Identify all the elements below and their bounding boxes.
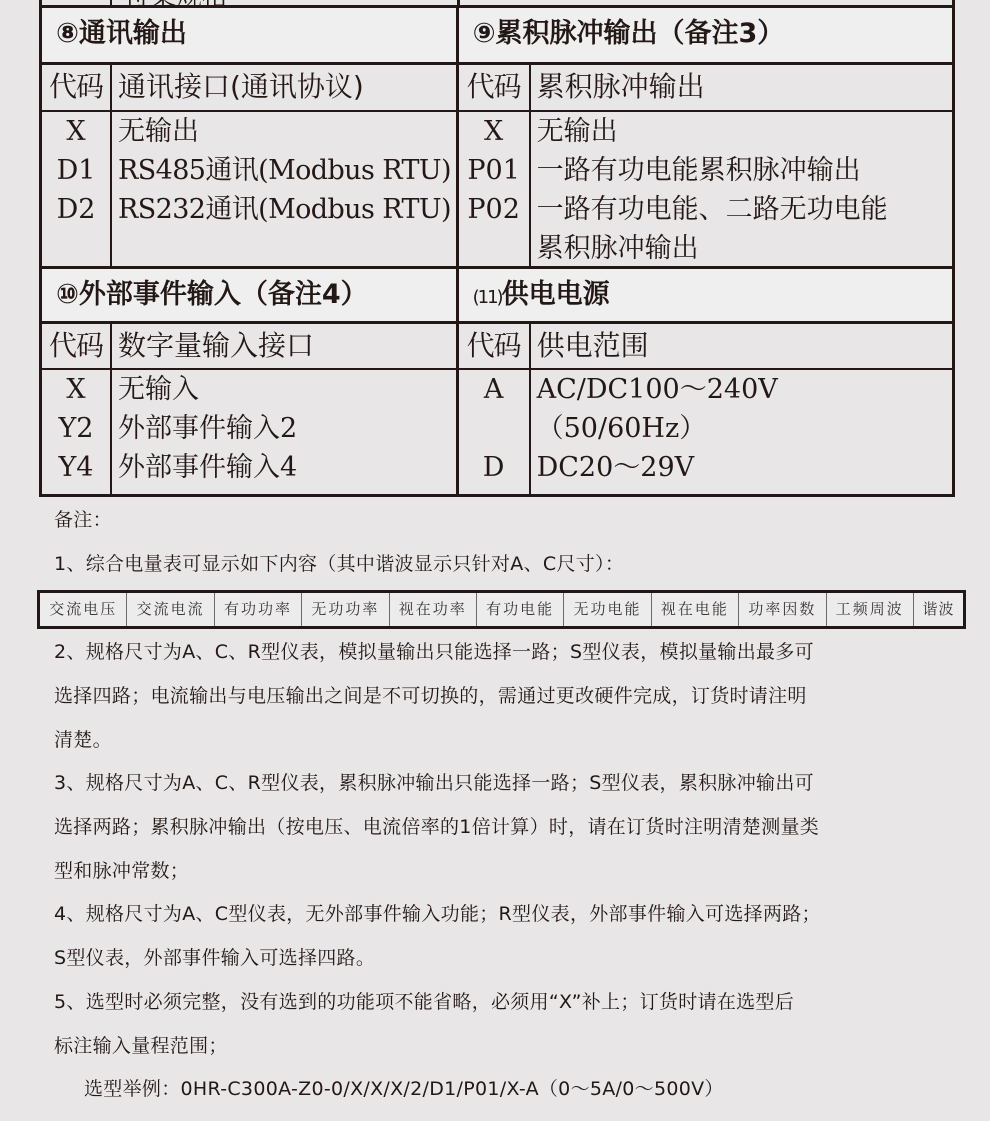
column-header-row-1: 代码 通讯接口(通讯协议) 代码 累积脉冲输出 [42,65,952,110]
code-value: D [459,448,529,487]
note-5-line-2: 标注输入量程范围； [54,1031,228,1061]
selection-example: 选型举例：0HR-C300A-Z0-0/X/X/X/2/D1/P01/X-A（0… [84,1074,724,1104]
desc-value: AC/DC100～240V [537,370,952,409]
display-item: 交流电流 [127,593,214,626]
col-header: 代码 通讯接口(通讯协议) [42,65,456,110]
code-value: Y4 [42,448,110,487]
section-title-text: 供电电源 [502,279,610,310]
section-9-body: X P01 P02 无输出 一路有功电能累积脉冲输出 一路有功电能、二路无功电能… [459,112,952,266]
display-item: 有功功率 [215,593,302,626]
display-item: 工频周波 [827,593,914,626]
display-item: 有功电能 [477,593,564,626]
section-8-body: X D1 D2 无输出 RS485通讯(Modbus RTU) RS232通讯(… [42,112,459,266]
code-value: X [459,112,529,151]
section-9-col-headers: 代码 累积脉冲输出 [459,65,952,110]
code-value: X [42,370,110,409]
code-header: 代码 [459,65,531,110]
desc-header: 累积脉冲输出 [531,65,952,110]
desc-value: 一路有功电能、二路无功电能 [537,190,952,229]
section-10-title-cell: ⑩外部事件输入（备注4） [42,269,459,321]
code-value: D2 [42,190,110,229]
display-item: 交流电压 [40,593,127,626]
note-3-line-3: 型和脉冲常数； [54,856,189,886]
display-item: 无功功率 [302,593,389,626]
spec-table: 符集规格 ⑧通讯输出 ⑨累积脉冲输出（备注3） 代码 通讯接口(通讯协议) 代码… [39,0,955,497]
clipped-top-row: 符集规格 [42,0,952,8]
code-value: A [459,370,529,409]
code-column: X P01 P02 [459,112,531,266]
desc-value: DC20～29V [537,448,952,487]
clipped-top-left: 符集规格 [42,0,460,5]
body: X D1 D2 无输出 RS485通讯(Modbus RTU) RS232通讯(… [42,112,456,266]
code-header: 代码 [459,324,531,368]
body-row-2: X Y2 Y4 无输入 外部事件输入2 外部事件输入4 A D [42,370,952,497]
body: X Y2 Y4 无输入 外部事件输入2 外部事件输入4 [42,370,456,497]
note-3-line-2: 选择两路；累积脉冲输出（按电压、电流倍率的1倍计算）时，请在订货时注明清楚测量类 [54,812,819,842]
code-header: 代码 [42,324,112,368]
section-9-title-cell: ⑨累积脉冲输出（备注3） [459,8,952,62]
desc-value: RS485通讯(Modbus RTU) [118,151,456,190]
code-column: X D1 D2 [42,112,112,266]
desc-value: 外部事件输入2 [118,409,456,448]
code-header: 代码 [42,65,112,110]
desc-value: 外部事件输入4 [118,448,456,487]
display-item: 功率因数 [739,593,826,626]
code-value: D1 [42,151,110,190]
code-value: Y2 [42,409,110,448]
desc-header: 数字量输入接口 [112,324,456,368]
section-title-row-2: ⑩外部事件输入（备注4） (11)供电电源 [42,269,952,321]
divider [110,0,112,5]
section-title: (11)供电电源 [459,269,952,321]
code-column: A D [459,370,531,497]
spacer [459,409,529,448]
section-title: ⑧通讯输出 [42,8,456,62]
display-item: 视在功率 [390,593,477,626]
section-10-body: X Y2 Y4 无输入 外部事件输入2 外部事件输入4 [42,370,459,497]
desc-column: 无输出 RS485通讯(Modbus RTU) RS232通讯(Modbus R… [112,112,456,266]
section-11-title-cell: (11)供电电源 [459,269,952,321]
note-1: 1、综合电量表可显示如下内容（其中谐波显示只针对A、C尺寸）： [54,549,624,579]
display-items-table: 交流电压 交流电流 有功功率 无功功率 视在功率 有功电能 无功电能 视在电能 … [37,590,966,629]
body-row-1: X D1 D2 无输出 RS485通讯(Modbus RTU) RS232通讯(… [42,112,952,266]
body: A D AC/DC100～240V （50/60Hz） DC20～29V [459,370,952,497]
desc-value-continued: （50/60Hz） [537,409,952,448]
section-10-col-headers: 代码 数字量输入接口 [42,324,459,368]
desc-value: 无输入 [118,370,456,409]
note-2-line-2: 选择四路；电流输出与电压输出之间是不可切换的，需通过更改硬件完成，订货时请注明 [54,681,807,711]
section-11-col-headers: 代码 供电范围 [459,324,952,368]
code-value: P01 [459,151,529,190]
note-5-line-1: 5、选型时必须完整，没有选到的功能项不能省略，必须用“X”补上；订货时请在选型后 [54,987,794,1017]
note-4-line-2: S型仪表，外部事件输入可选择四路。 [54,943,375,973]
desc-value: 无输出 [118,112,456,151]
section-title-row-1: ⑧通讯输出 ⑨累积脉冲输出（备注3） [42,8,952,62]
desc-header: 供电范围 [531,324,952,368]
note-4-line-1: 4、规格尺寸为A、C型仪表，无外部事件输入功能；R型仪表，外部事件输入可选择两路… [54,899,821,929]
code-value: P02 [459,190,529,229]
desc-column: AC/DC100～240V （50/60Hz） DC20～29V [531,370,952,497]
desc-value: 无输出 [537,112,952,151]
desc-column: 无输入 外部事件输入2 外部事件输入4 [112,370,456,497]
col-header: 代码 数字量输入接口 [42,324,456,368]
desc-value-continued: 累积脉冲输出 [537,229,952,268]
note-2-line-1: 2、规格尺寸为A、C、R型仪表，模拟量输出只能选择一路；S型仪表，模拟量输出最多… [54,637,814,667]
section-8-title-cell: ⑧通讯输出 [42,8,459,62]
col-header: 代码 供电范围 [459,324,952,368]
col-header: 代码 累积脉冲输出 [459,65,952,110]
desc-header: 通讯接口(通讯协议) [112,65,456,110]
code-column: X Y2 Y4 [42,370,112,497]
section-8-col-headers: 代码 通讯接口(通讯协议) [42,65,459,110]
note-3-line-1: 3、规格尺寸为A、C、R型仪表，累积脉冲输出只能选择一路；S型仪表，累积脉冲输出… [54,768,814,798]
code-value: X [42,112,110,151]
section-11-body: A D AC/DC100～240V （50/60Hz） DC20～29V [459,370,952,497]
display-item: 无功电能 [564,593,651,626]
desc-value: 一路有功电能累积脉冲输出 [537,151,952,190]
body: X P01 P02 无输出 一路有功电能累积脉冲输出 一路有功电能、二路无功电能… [459,112,952,266]
section-number: (11) [473,287,502,308]
display-item: 视在电能 [652,593,739,626]
section-title: ⑨累积脉冲输出（备注3） [459,8,952,62]
display-item: 谐波 [914,593,963,626]
note-2-line-3: 清楚。 [54,725,112,755]
column-header-row-2: 代码 数字量输入接口 代码 供电范围 [42,324,952,368]
desc-column: 无输出 一路有功电能累积脉冲输出 一路有功电能、二路无功电能 累积脉冲输出 [531,112,952,266]
desc-value: RS232通讯(Modbus RTU) [118,190,456,229]
section-title: ⑩外部事件输入（备注4） [42,269,456,321]
notes-label: 备注： [54,505,112,535]
